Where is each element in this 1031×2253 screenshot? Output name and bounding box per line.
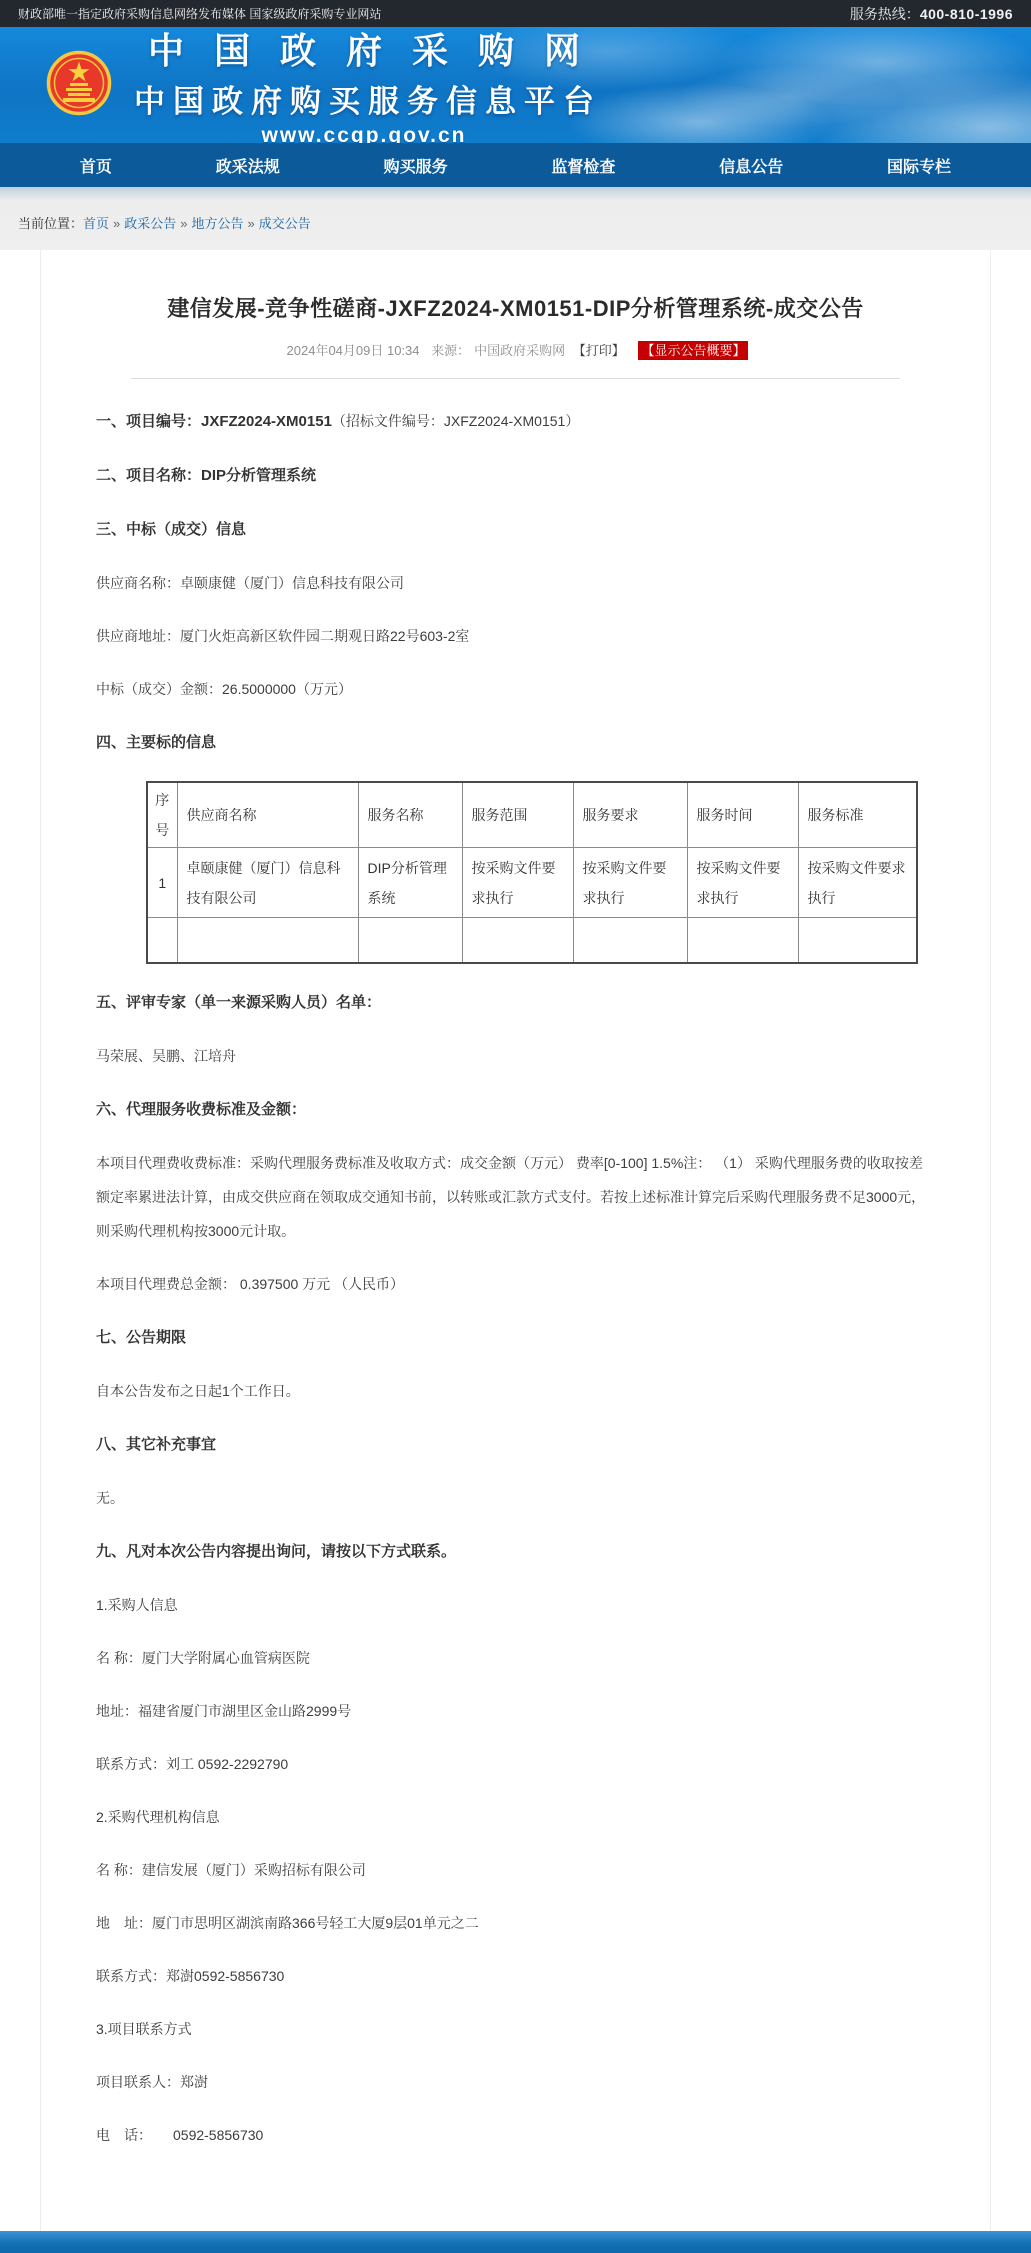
column-header: 服务要求 <box>573 782 687 848</box>
nav-item-3[interactable]: 购买服务 <box>384 154 448 177</box>
paragraph: 无。 <box>96 1481 935 1515</box>
breadcrumb-label: 当前位置： <box>18 216 83 231</box>
section-heading: 六、代理服务收费标准及金额： <box>96 1092 935 1127</box>
table-row: 1卓颐康健（厦门）信息科技有限公司DIP分析管理系统按采购文件要求执行按采购文件… <box>147 848 917 918</box>
source-name: 中国政府采购网 <box>474 343 565 358</box>
section-heading: 九、凡对本次公告内容提出询问，请按以下方式联系。 <box>96 1534 935 1569</box>
paragraph: 马荣展、吴鹏、江培舟 <box>96 1039 935 1073</box>
main-nav: 首页政采法规购买服务监督检查信息公告国际专栏 <box>0 143 1031 187</box>
paragraph: 名 称：厦门大学附属心血管病医院 <box>96 1641 935 1675</box>
paragraph: 一、项目编号：JXFZ2024-XM0151（招标文件编号：JXFZ2024-X… <box>96 404 935 439</box>
article-panel: 建信发展-竞争性磋商-JXFZ2024-XM0151-DIP分析管理系统-成交公… <box>40 250 991 2231</box>
section-heading: 七、公告期限 <box>96 1320 935 1355</box>
table-cell: 按采购文件要求执行 <box>462 848 573 918</box>
table-cell <box>462 918 573 963</box>
nav-item-5[interactable]: 信息公告 <box>719 154 783 177</box>
table-cell <box>573 918 687 963</box>
breadcrumb-separator: » <box>176 216 191 231</box>
section-heading: 五、评审专家（单一来源采购人员）名单： <box>96 985 935 1020</box>
section-heading: 二、项目名称：DIP分析管理系统 <box>96 458 935 493</box>
nav-item-6[interactable]: 国际专栏 <box>887 154 951 177</box>
bid-table-header-row: 序号供应商名称服务名称服务范围服务要求服务时间服务标准 <box>147 782 917 848</box>
paragraph: 本项目代理费总金额： 0.397500 万元 （人民币） <box>96 1267 935 1301</box>
section-heading: 四、主要标的信息 <box>96 725 935 760</box>
table-cell: 卓颐康健（厦门）信息科技有限公司 <box>177 848 358 918</box>
column-header: 序号 <box>147 782 177 848</box>
column-header: 服务标准 <box>798 782 917 848</box>
nav-item-1[interactable]: 首页 <box>80 154 112 177</box>
column-header: 供应商名称 <box>177 782 358 848</box>
column-header: 服务时间 <box>687 782 798 848</box>
breadcrumb-item[interactable]: 政采公告 <box>124 216 176 231</box>
bid-table-body: 1卓颐康健（厦门）信息科技有限公司DIP分析管理系统按采购文件要求执行按采购文件… <box>147 848 917 963</box>
page-title: 建信发展-竞争性磋商-JXFZ2024-XM0151-DIP分析管理系统-成交公… <box>71 292 960 323</box>
column-header: 服务名称 <box>358 782 462 848</box>
site-subtitle: 中国政府购买服务信息平台 <box>134 76 602 121</box>
breadcrumb-separator: » <box>244 216 259 231</box>
table-cell <box>358 918 462 963</box>
body-before-table: 一、项目编号：JXFZ2024-XM0151（招标文件编号：JXFZ2024-X… <box>96 404 935 760</box>
service-hotline: 服务热线：400-810-1996 <box>850 4 1013 24</box>
nav-item-4[interactable]: 监督检查 <box>551 154 615 177</box>
nav-item-2[interactable]: 政采法规 <box>216 154 280 177</box>
paragraph: 3.项目联系方式 <box>96 2012 935 2046</box>
article-meta: 2024年04月09日 10:34 来源：中国政府采购网 【打印】 【显示公告概… <box>71 340 960 359</box>
paragraph: 联系方式：郑澍0592-5856730 <box>96 1959 935 1993</box>
show-summary-button[interactable]: 【显示公告概要】 <box>638 341 748 360</box>
print-button[interactable]: 【打印】 <box>573 343 625 358</box>
paragraph: 名 称：建信发展（厦门）采购招标有限公司 <box>96 1853 935 1887</box>
site-banner: 中国政府采购网 中国政府购买服务信息平台 www.ccgp.gov.cn <box>0 27 1031 143</box>
hotline-label: 服务热线： <box>850 6 920 22</box>
paragraph: 电 话： 0592-5856730 <box>96 2118 935 2152</box>
table-cell: DIP分析管理系统 <box>358 848 462 918</box>
media-claim-text: 财政部唯一指定政府采购信息网络发布媒体 国家级政府采购专业网站 <box>18 5 381 22</box>
site-brand: 中国政府采购网 中国政府购买服务信息平台 www.ccgp.gov.cn <box>134 27 594 143</box>
source-label: 来源： <box>431 343 470 358</box>
top-utility-bar: 财政部唯一指定政府采购信息网络发布媒体 国家级政府采购专业网站 服务热线：400… <box>0 0 1031 27</box>
paragraph: 2.采购代理机构信息 <box>96 1800 935 1834</box>
table-cell <box>687 918 798 963</box>
site-name: 中国政府采购网 <box>134 27 624 74</box>
table-cell: 按采购文件要求执行 <box>573 848 687 918</box>
table-cell: 按采购文件要求执行 <box>798 848 917 918</box>
article-header: 建信发展-竞争性磋商-JXFZ2024-XM0151-DIP分析管理系统-成交公… <box>41 250 990 379</box>
publish-datetime: 2024年04月09日 10:34 <box>287 343 420 358</box>
hotline-number: 400-810-1996 <box>920 6 1013 22</box>
table-cell <box>798 918 917 963</box>
breadcrumb-item[interactable]: 地方公告 <box>192 216 244 231</box>
paragraph: 地 址：厦门市思明区湖滨南路366号轻工大厦9层01单元之二 <box>96 1906 935 1940</box>
breadcrumb: 当前位置：首页»政采公告»地方公告»成交公告 <box>0 187 1031 250</box>
column-header: 服务范围 <box>462 782 573 848</box>
bid-items-table: 序号供应商名称服务名称服务范围服务要求服务时间服务标准 1卓颐康健（厦门）信息科… <box>146 781 918 964</box>
table-row <box>147 918 917 963</box>
article-body: 一、项目编号：JXFZ2024-XM0151（招标文件编号：JXFZ2024-X… <box>41 379 990 2152</box>
table-cell <box>147 918 177 963</box>
paragraph: 供应商名称：卓颐康健（厦门）信息科技有限公司 <box>96 566 935 600</box>
paragraph: 中标（成交）金额：26.5000000（万元） <box>96 672 935 706</box>
main-content-area: 建信发展-竞争性磋商-JXFZ2024-XM0151-DIP分析管理系统-成交公… <box>0 250 1031 2231</box>
paragraph: 项目联系人：郑澍 <box>96 2065 935 2099</box>
breadcrumb-item[interactable]: 成交公告 <box>259 216 311 231</box>
breadcrumb-separator: » <box>109 216 124 231</box>
national-emblem-logo <box>46 50 112 121</box>
section-heading: 三、中标（成交）信息 <box>96 512 935 547</box>
footer-strip <box>0 2231 1031 2253</box>
table-cell: 1 <box>147 848 177 918</box>
paragraph: 自本公告发布之日起1个工作日。 <box>96 1374 935 1408</box>
breadcrumb-links: 首页»政采公告»地方公告»成交公告 <box>83 216 311 231</box>
breadcrumb-item[interactable]: 首页 <box>83 216 109 231</box>
section-heading: 八、其它补充事宜 <box>96 1427 935 1462</box>
site-url: www.ccgp.gov.cn <box>134 124 594 144</box>
paragraph: 本项目代理费收费标准：采购代理服务费标准及收取方式：成交金额（万元） 费率[0-… <box>96 1146 935 1248</box>
paragraph: 供应商地址：厦门火炬高新区软件园二期观日路22号603-2室 <box>96 619 935 653</box>
table-cell: 按采购文件要求执行 <box>687 848 798 918</box>
paragraph: 联系方式：刘工 0592-2292790 <box>96 1747 935 1781</box>
body-after-table: 五、评审专家（单一来源采购人员）名单：马荣展、吴鹏、江培舟六、代理服务收费标准及… <box>96 985 935 2152</box>
table-cell <box>177 918 358 963</box>
paragraph: 1.采购人信息 <box>96 1588 935 1622</box>
paragraph: 地址：福建省厦门市湖里区金山路2999号 <box>96 1694 935 1728</box>
